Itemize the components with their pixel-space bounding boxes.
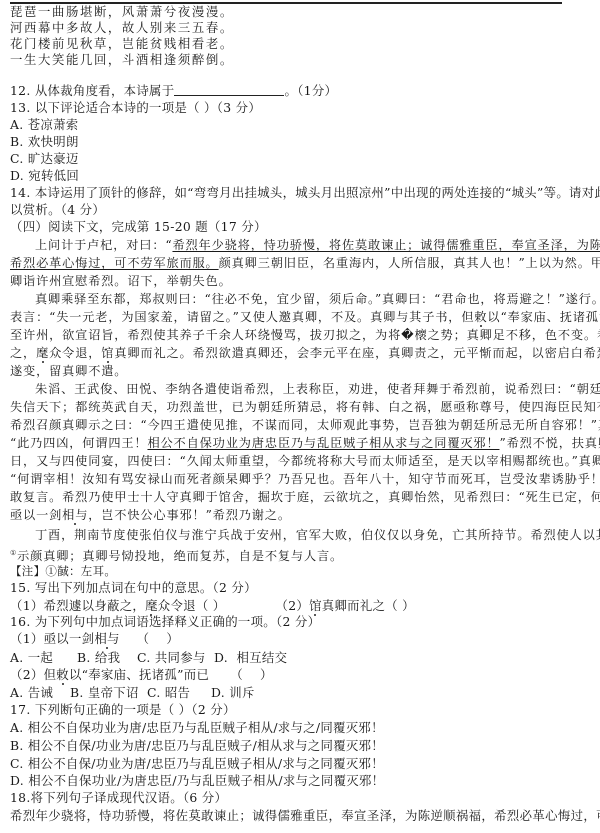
- question-13-option-d: D. 宛转低回: [10, 168, 79, 184]
- dotted-word: 麾: [36, 346, 49, 360]
- passage-p2-line-4: 之，麾众令退，馆真卿而礼之。希烈欲遣真卿还，会李元平在座，真卿责之，元平惭而起，…: [10, 345, 600, 361]
- item-text: （1）亟以一剑: [10, 631, 94, 646]
- item-text: （2）: [276, 598, 310, 613]
- question-16-sub-2-options: A. 告诫B. 皇帝下诏C. 昭告D. 训斥: [10, 685, 255, 701]
- passage-p3-line-2: 失信天下；都统英武自天，功烈盖世，已为朝廷所猜忌，将有韩、白之祸，愿亟称尊号，使…: [10, 399, 600, 415]
- passage-text: 亟以一剑: [10, 508, 62, 522]
- item-text: 真卿而礼之（ ）: [322, 598, 415, 613]
- passage-p2-line-3: 至许州，欲宣诏旨，希烈使其养子千余人环绕慢骂，拔刃拟之，为将�櫰之势；真卿足不移…: [10, 327, 600, 343]
- dotted-word: 馆: [101, 346, 114, 360]
- question-16-sub-1-options: A. 一起B. 给我C. 共同参与D. 相互结交: [10, 650, 287, 666]
- passage-text: 示颜真卿；真卿号恸投地，绝而复苏，自是不复与人言。: [17, 549, 343, 563]
- underlined-sentence: 相公不自保功业为唐忠臣乃与乱臣贼子相从求与之同覆灭邪！: [147, 436, 499, 450]
- question-12-stem: 12. 从体裁角度看，本诗属于: [10, 83, 174, 98]
- poem-line-4: 一生大笑能几回，斗酒相逢须醉倒。: [10, 52, 234, 68]
- dotted-word: 敕: [474, 310, 487, 324]
- question-15-items: （1）希烈遽以身蔽之，麾众令退（ ）（2）馆真卿而礼之（ ）: [10, 598, 415, 614]
- passage-p3-line-5: 日，又与四使同宴，四使曰：“久闻太师重望，今都统将称大号而太师适至，是天以宰相赐…: [10, 453, 600, 469]
- passage-p2-line-1: 真卿乘驿至东都，郑叔则曰：“往必不免，宜少留，须后命。”真卿曰：“君命也，将焉避…: [10, 291, 600, 307]
- question-18-stem: 18.将下列句子译成现代汉语。（6 分）: [10, 790, 227, 806]
- poem-line-1: 琵琶一曲肠堪断，风萧萧兮夜漫漫。: [10, 4, 234, 20]
- question-17-option-c: C. 相公不自保/功业为唐/忠臣乃与乱臣贼子相从/求与之同覆灭邪！: [10, 756, 384, 772]
- poem-line-3: 花门楼前见秋草，岂能贫贱相看老。: [10, 36, 234, 52]
- item-text: （ ）: [120, 631, 179, 646]
- passage-text: “此乃四凶，何谓四王！: [10, 436, 147, 450]
- question-16-stem: 16. 为下列句中加点词语选择释义正确的一项。（2 分）: [10, 614, 320, 630]
- dotted-word: 相与: [62, 508, 88, 522]
- question-17-option-d: D. 相公不自保功业/为唐忠臣/乃与乱臣贼子相从/求与之同覆灭邪！: [10, 773, 384, 789]
- passage-text: 上问计于卢杞，对曰：“: [35, 238, 172, 252]
- dotted-word: 馆: [309, 598, 322, 613]
- underlined-sentence: 希烈年少骁将，恃功骄慢，将佐莫敢谏止；诚得儒雅重臣，奉宣圣泽，为陈逆顺祸福，: [172, 238, 600, 252]
- item-text: （2）但: [10, 667, 56, 682]
- question-16-sub-2: （2）但敕以“奉家庙、抚诸孤”而已 （ ）: [10, 667, 273, 683]
- answer-blank[interactable]: [174, 83, 284, 96]
- dotted-word: 敕: [56, 667, 69, 682]
- passage-p4-line-1: 丁酉，荆南节度使张伯仪与淮宁兵战于安州，官军大败，伯仪仅以身免，亡其所持节。希烈…: [10, 527, 600, 543]
- option-a: A. 告诫: [10, 685, 70, 701]
- question-14-line-1: 14. 本诗运用了顶针的修辞，如“弯弯月出挂城头，城头月出照凉州”中出现的两处连…: [10, 185, 600, 201]
- dotted-word: 相与: [94, 631, 119, 646]
- dotted-word: 麾: [145, 598, 158, 613]
- option-d: D. 训斥: [211, 685, 255, 700]
- section-4-heading: （四）阅读下文，完成第 15-20 题（17 分）: [10, 219, 267, 235]
- option-a: A. 一起: [10, 650, 77, 666]
- passage-text: 颜真卿三朝旧臣，名重海内，人所信服，真其人也！”上以为然。甲午，命真: [219, 256, 600, 270]
- passage-p1-line-1: 上问计于卢杞，对曰：“希烈年少骁将，恃功骄慢，将佐莫敢谏止；诚得儒雅重臣，奉宣圣…: [10, 237, 600, 253]
- question-13-stem: 13. 以下评论适合本诗的一项是（ ）（3 分）: [10, 100, 261, 116]
- underlined-sentence: 希烈必革心悔过，可不劳军旅而服。: [10, 256, 219, 270]
- option-c: C. 昭告: [147, 685, 211, 701]
- passage-p3-line-8: 亟以一剑相与，岂不快公心事邪！”希烈乃谢之。: [10, 507, 291, 523]
- question-15-stem: 15. 写出下列加点词在句中的意思。（2 分）: [10, 580, 257, 596]
- passage-p3-line-6: “何谓宰相！汝知有骂安禄山而死者颜杲卿乎？乃吾兄也。吾年八十，知守节而死耳，岂受…: [10, 471, 600, 487]
- question-14-line-2: 以赏析。（4 分）: [10, 202, 105, 218]
- question-13-option-c: C. 旷达豪迈: [10, 151, 79, 167]
- passage-text: ，岂不快公心事邪！”希烈乃谢之。: [88, 508, 291, 522]
- question-13-option-a: A. 苍凉萧索: [10, 117, 79, 133]
- option-b: B. 给我: [77, 650, 137, 666]
- option-c: C. 共同参与: [137, 650, 214, 666]
- option-b: B. 皇帝下诏: [70, 685, 147, 701]
- passage-p2-line-5: 遂变，留真卿不遣。: [10, 363, 127, 379]
- question-17-stem: 17. 下列断句正确的一项是（ ）（2 分）: [10, 702, 236, 718]
- passage-text: ”希烈不悦，扶真卿出。他: [499, 436, 600, 450]
- question-13-option-b: B. 欢快明朗: [10, 134, 79, 150]
- passage-p3-line-7: 敢复言。希烈乃使甲士十人守真卿于馆舍，掘坎于庭，云欲坑之，真卿怡然，见希烈曰：“…: [10, 489, 600, 505]
- passage-text: 之，: [10, 346, 36, 360]
- passage-p3-line-1: 朱滔、王武俊、田悦、李纳各遣使诣希烈，上表称臣，劝进，使者拜舞于希烈前，说希烈曰…: [10, 381, 600, 397]
- passage-text: 众令退，: [49, 346, 101, 360]
- passage-p2-line-2: 表言：“失一元老，为国家羞，请留之。”又使人邀真卿，不及。真卿与其子书，但敕以“…: [10, 309, 600, 325]
- item-text: 众令退（ ）: [158, 598, 226, 613]
- question-18-sentence: 希烈年少骁将，恃功骄慢，将佐莫敢谏止；诚得儒雅重臣，奉宣圣泽，为陈逆顺祸福，希烈…: [10, 808, 600, 824]
- passage-p3-line-4: “此乃四凶，何谓四王！相公不自保功业为唐忠臣乃与乱臣贼子相从求与之同覆灭邪！”希…: [10, 435, 600, 451]
- passage-p3-line-3: 希烈召颜真卿示之曰：“今四王遣使见推，不谋而同，太师观此事势，岂吾独为朝廷所忌无…: [10, 417, 600, 433]
- question-16-sub-1: （1）亟以一剑相与 （ ）: [10, 631, 179, 647]
- question-17-option-a: A. 相公不自保功业为唐/忠臣乃与乱臣贼子相从/求与之/同覆灭邪！: [10, 720, 384, 736]
- item-text: （1）希烈遽以身蔽之，: [10, 598, 145, 613]
- passage-p1-line-3: 卿诣许州宣慰希烈。诏下，举朝失色。: [10, 273, 232, 289]
- poem-line-2: 河西幕中多故人，故人别来三五春。: [10, 20, 234, 36]
- passage-text: 表言：“失一元老，为国家羞，请留之。”又使人邀真卿，不及。真卿与其子书，但: [10, 310, 474, 324]
- passage-p4-line-2: ①示颜真卿；真卿号恸投地，绝而复苏，自是不复与人言。: [10, 545, 343, 564]
- passage-p1-line-2: 希烈必革心悔过，可不劳军旅而服。颜真卿三朝旧臣，名重海内，人所信服，真其人也！”…: [10, 255, 600, 271]
- passage-text: 真卿而礼之。希烈欲遣真卿还，会李元平在座，真卿责之，元平惭而起，以密启白希烈；希…: [114, 346, 600, 360]
- item-text: 以“奉家庙、抚诸孤”而已 （ ）: [69, 667, 273, 682]
- question-12: 12. 从体裁角度看，本诗属于。（1分）: [10, 83, 337, 99]
- footnote: 【注】①馘：左耳。: [10, 563, 116, 579]
- option-d: D. 相互结交: [214, 650, 287, 665]
- question-12-score: 。（1分）: [284, 83, 337, 98]
- passage-text: 以“奉家庙、抚诸孤”而已。: [487, 310, 600, 324]
- question-17-option-b: B. 相公不自保/功业为唐/忠臣乃与乱臣贼子/相从求与之同覆灭邪！: [10, 738, 384, 754]
